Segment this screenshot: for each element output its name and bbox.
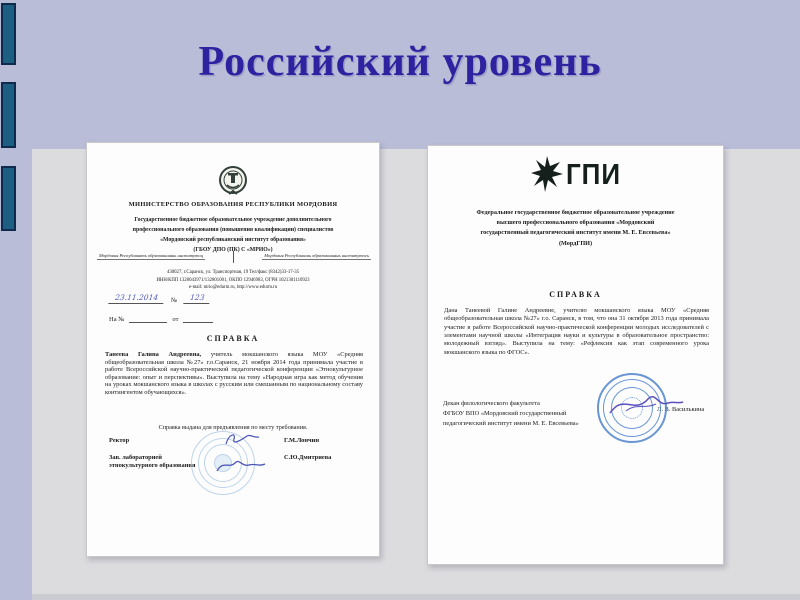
address-line: ИНН/КПП 1328043971/132801001, ОКПО 12946… [87, 277, 379, 285]
institution-name: Государственное бюджетное образовательно… [87, 216, 379, 255]
star-logo-icon [530, 154, 564, 194]
bilingual-row: Мордовия Республикать образованиянь инст… [97, 253, 371, 263]
handwritten-date: 23.11.2014 [108, 293, 164, 304]
address-line: e-mail: mrio@edurm.ru, http://www.edurm.… [87, 284, 379, 292]
left-accent-bar [1, 82, 16, 148]
mordovian-name-erzya: Мордовия Республикань образованиянь инст… [262, 253, 371, 260]
signature-scribble [223, 431, 263, 449]
number-sign: № [171, 297, 177, 304]
mordovian-name-moksha: Мордовия Республикать образованиянь инст… [97, 253, 205, 260]
signature-scribble [606, 389, 686, 419]
signature-scribble [215, 455, 267, 477]
issued-for-line: Справка выдана для предъявления по месту… [87, 424, 379, 431]
divider [233, 251, 234, 263]
bottom-strip [32, 594, 800, 600]
reference-row: На № от [109, 316, 213, 323]
certificate-mordgpi: ГПИ Федеральное государственное бюджетно… [427, 145, 724, 565]
certificate-mrio: МИНИСТЕРСТВО ОБРАЗОВАНИЯ РЕСПУБЛИКИ МОРД… [86, 142, 380, 557]
signer-title: Зав. лабораторией этнокультурного образо… [109, 454, 196, 471]
blank-field [129, 316, 167, 323]
ref-label-ot: от [172, 316, 178, 323]
ref-label-na: На № [109, 316, 124, 323]
institution-name: Федеральное государственное бюджетное об… [428, 208, 723, 249]
document-heading: СПРАВКА [87, 334, 379, 343]
ministry-line: МИНИСТЕРСТВО ОБРАЗОВАНИЯ РЕСПУБЛИКИ МОРД… [87, 201, 379, 208]
blank-field [183, 316, 213, 323]
slide-title: Российский уровень [0, 38, 800, 86]
handwritten-number: 123 [183, 293, 211, 304]
coat-of-arms-icon [87, 165, 379, 197]
person-name: Танеева Галина Андреевна, [105, 351, 201, 358]
left-accent-bar [1, 166, 16, 231]
certificate-body: Дана Танеевой Галине Андреевне, учителю … [444, 307, 709, 357]
institute-logo: ГПИ [428, 154, 723, 194]
signer-title: Ректор [109, 437, 129, 445]
logo-letters: ГПИ [566, 157, 621, 192]
address-block: 430027, г.Саранск, ул. Транспортная, 19 … [87, 269, 379, 292]
date-number-row: 23.11.2014 № 123 [109, 293, 210, 304]
body-text: учитель мокшанского языка МОУ «Средняя о… [105, 351, 363, 396]
address-line: 430027, г.Саранск, ул. Транспортная, 19 … [87, 269, 379, 277]
presentation-slide: Российский уровень МИНИСТЕРСТВО ОБРАЗОВА… [0, 0, 800, 600]
signer-title: Декан филологического факультета ФГБОУ В… [443, 399, 579, 429]
signer-name: С.Ю.Дмитриева [284, 454, 359, 471]
signer-name: Г.М.Лончин [284, 437, 359, 445]
document-heading: СПРАВКА [428, 290, 723, 299]
certificate-body: Танеева Галина Андреевна, учитель мокшан… [105, 351, 363, 396]
